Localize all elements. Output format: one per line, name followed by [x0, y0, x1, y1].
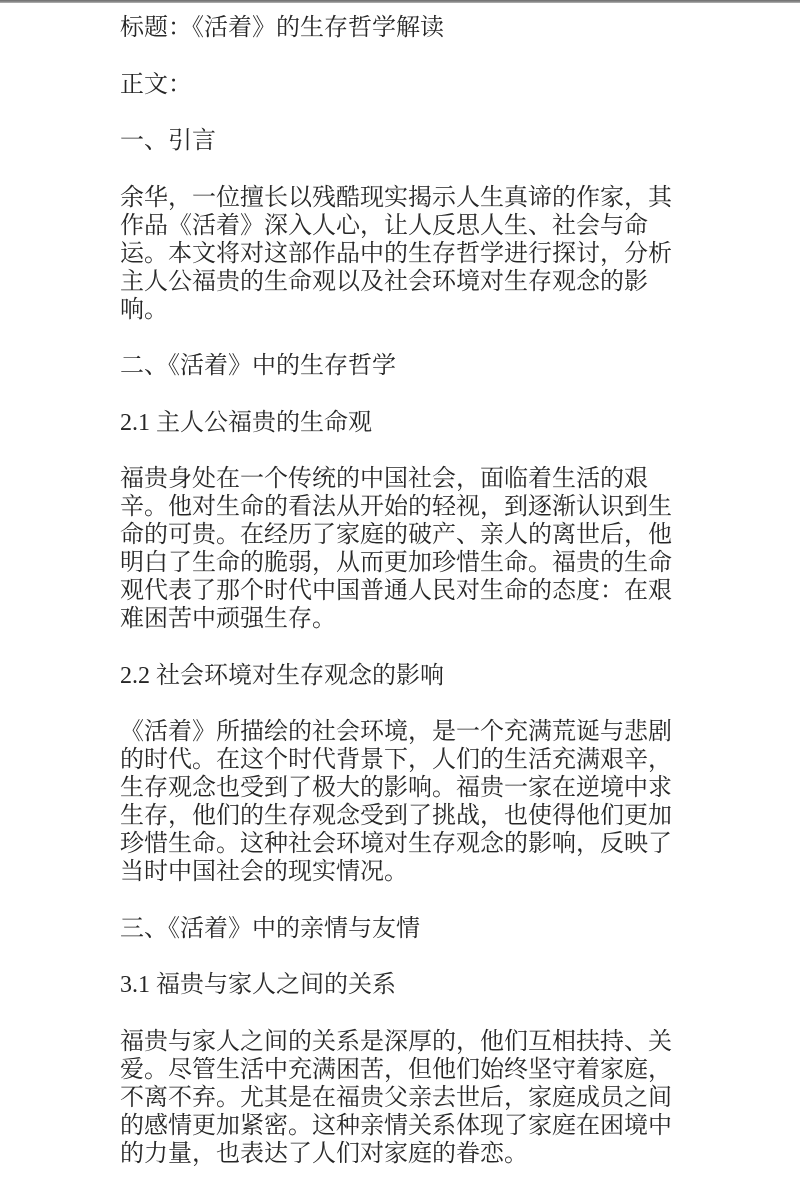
window-top-edge-bar — [0, 0, 800, 3]
doc-paragraph: 福贵身处在一个传统的中国社会，面临着生活的艰辛。他对生命的看法从开始的轻视，到逐… — [120, 465, 680, 633]
doc-paragraph: 《活着》所描绘的社会环境，是一个充满荒诞与悲剧的时代。在这个时代背景下，人们的生… — [120, 718, 680, 886]
doc-heading: 二、《活着》中的生存哲学 — [120, 352, 680, 380]
doc-paragraph: 余华，一位擅长以残酷现实揭示人生真谛的作家，其作品《活着》深入人心，让人反思人生… — [120, 184, 680, 324]
doc-subheading: 3.1 福贵与家人之间的关系 — [120, 971, 680, 999]
doc-heading: 三、《活着》中的亲情与友情 — [120, 915, 680, 943]
document-body: 标题：《活着》的生存哲学解读正文：一、引言余华，一位擅长以残酷现实揭示人生真谛的… — [120, 14, 680, 1168]
doc-heading: 一、引言 — [120, 127, 680, 155]
doc-paragraph: 福贵与家人之间的关系是深厚的，他们互相扶持、关爱。尽管生活中充满困苦，但他们始终… — [120, 1028, 680, 1168]
doc-label: 正文： — [120, 71, 680, 99]
doc-subheading: 2.2 社会环境对生存观念的影响 — [120, 662, 680, 690]
doc-title: 标题：《活着》的生存哲学解读 — [120, 14, 680, 42]
doc-subheading: 2.1 主人公福贵的生命观 — [120, 409, 680, 437]
